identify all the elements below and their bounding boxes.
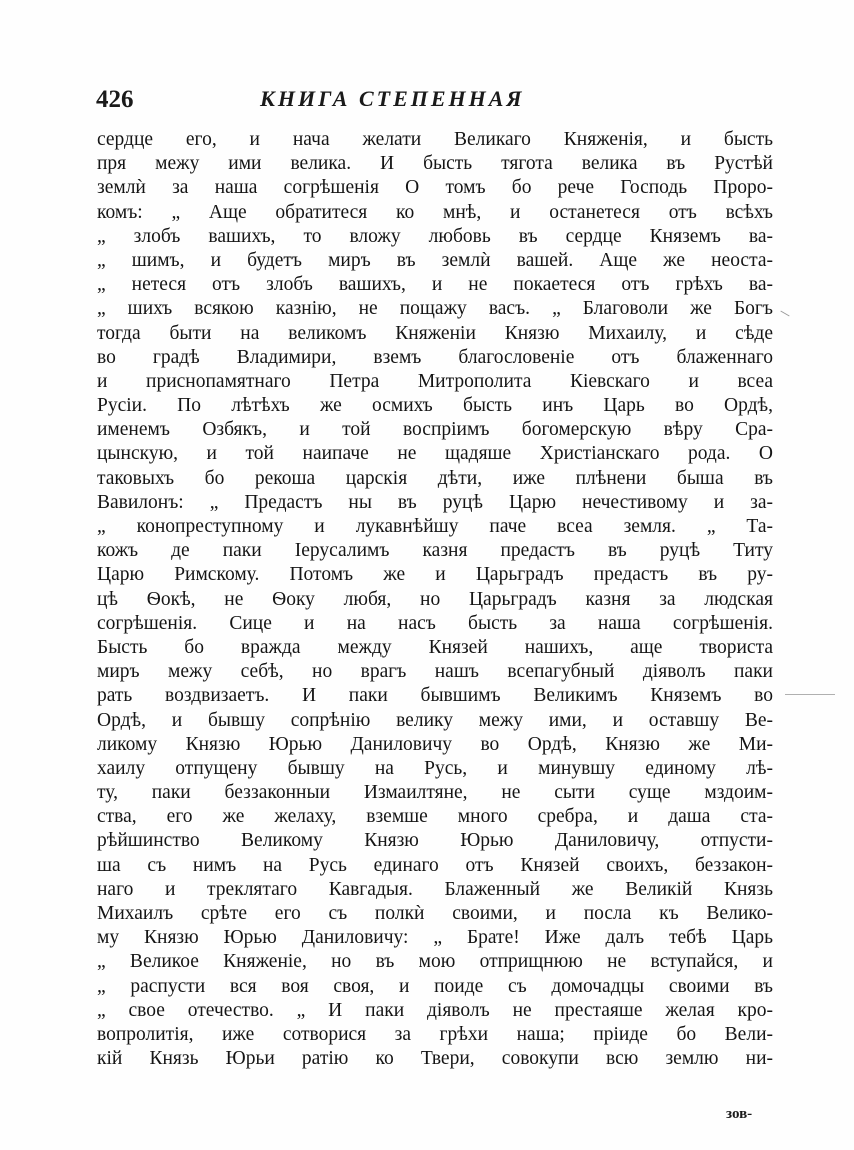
text-line: му Князю Юрью Даниловичу: „ Брате! Иже д…	[97, 926, 773, 950]
text-line: ша съ нимъ на Русь единаго отъ Князей св…	[97, 854, 773, 878]
text-line: „ свое отечество. „ И паки діяволъ не пр…	[97, 999, 773, 1023]
text-line: согрѣшенія. Сице и на насъ бысть за наша…	[97, 612, 773, 636]
text-line: Михаилъ срѣте его съ полкѝ своими, и пос…	[97, 902, 773, 926]
text-line: пря межу ими велика. И бысть тягота вели…	[97, 152, 773, 176]
text-line: рѣйшинство Великому Князю Юрью Данилович…	[97, 829, 773, 853]
text-line: ства, его же желаху, вземше много сребра…	[97, 805, 773, 829]
text-line: кожъ де паки Іерусалимъ казня предастъ в…	[97, 539, 773, 563]
text-line: наго и треклятаго Кавгадыя. Блаженный же…	[97, 878, 773, 902]
text-line: „ распусти вся воя своя, и поиде съ домо…	[97, 975, 773, 999]
text-line: сердце его, и нача желати Великаго Княже…	[97, 128, 773, 152]
text-line: таковыхъ бо рекоша царскія дѣти, иже плѣ…	[97, 467, 773, 491]
margin-blemish	[785, 694, 835, 695]
text-line: комъ: „ Аще обратитеся ко мнѣ, и останет…	[97, 201, 773, 225]
text-line: Бысть бо вражда между Князей нашихъ, аще…	[97, 636, 773, 660]
text-line: хаилу отпущену бывшу на Русь, и минувшу …	[97, 757, 773, 781]
text-line: и приснопамятнаго Петра Митрополита Кіев…	[97, 370, 773, 394]
text-line: цынскую, и той наипаче не щадяше Христіа…	[97, 442, 773, 466]
text-line: во градѣ Владимири, вземъ благословеніе …	[97, 346, 773, 370]
running-title: КНИГА СТЕПЕННАЯ	[260, 86, 525, 112]
text-line: Царю Римскому. Потомъ же и Царьградъ пре…	[97, 563, 773, 587]
text-line: вопролитія, иже сотворися за грѣхи наша;…	[97, 1023, 773, 1047]
text-line: „ шихъ всякою казнію, не пощажу васъ. „ …	[97, 297, 773, 321]
text-line: ту, паки беззаконныи Измаилтяне, не сыти…	[97, 781, 773, 805]
text-line: Русіи. По лѣтѣхъ же осмихъ бысть инъ Цар…	[97, 394, 773, 418]
text-line: миръ межу себѣ, но врагъ нашъ всепагубны…	[97, 660, 773, 684]
text-line: „ злобъ вашихъ, то вложу любовь въ сердц…	[97, 225, 773, 249]
text-line: Вавилонъ: „ Предастъ ны въ руцѣ Царю неч…	[97, 491, 773, 515]
text-line: рать воздвизаетъ. И паки бывшимъ Великим…	[97, 684, 773, 708]
text-line: „ нетеся отъ злобъ вашихъ, и не покаетес…	[97, 273, 773, 297]
text-line: именемъ Озбякъ, и той воспріимъ богомерс…	[97, 418, 773, 442]
text-line: землѝ за наша согрѣшенія О томъ бо рече …	[97, 176, 773, 200]
text-line: „ конопреступному и лукавнѣйшу паче всеа…	[97, 515, 773, 539]
text-line: ликому Князю Юрью Даниловичу во Ордѣ, Кн…	[97, 733, 773, 757]
text-line: „ Великое Княженіе, но въ мою отприщнюю …	[97, 950, 773, 974]
text-line: Ордѣ, и бывшу сопрѣнію велику межу ими, …	[97, 709, 773, 733]
page-number: 426	[96, 86, 134, 114]
margin-blemish	[780, 311, 789, 317]
body-text: сердце его, и нача желати Великаго Княже…	[97, 128, 773, 1071]
text-line: „ шимъ, и будетъ миръ въ землѝ вашей. Ащ…	[97, 249, 773, 273]
text-line: цѣ Ѳокѣ, не Ѳоку любя, но Царьградъ казн…	[97, 588, 773, 612]
catchword: зов-	[726, 1106, 752, 1123]
book-page: 426 КНИГА СТЕПЕННАЯ сердце его, и нача ж…	[0, 0, 854, 1150]
text-line: тогда быти на великомъ Княженіи Князю Ми…	[97, 322, 773, 346]
page-header: 426 КНИГА СТЕПЕННАЯ	[96, 86, 776, 120]
text-line: кій Князь Юрьи ратію ко Твери, совокупи …	[97, 1047, 773, 1071]
